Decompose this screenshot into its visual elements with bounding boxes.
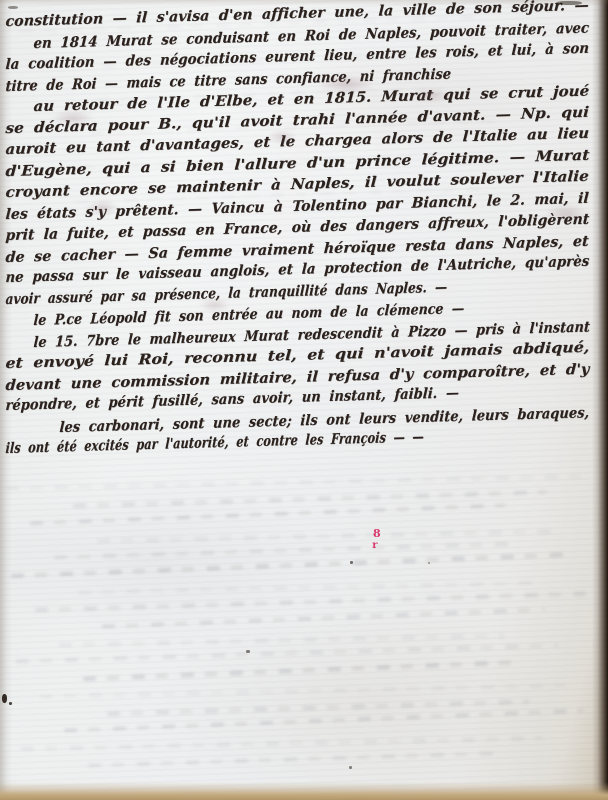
manuscript-text: constitution — il s'avisa d'en afficher … bbox=[0, 0, 608, 800]
red-ink-mark: 8 r bbox=[373, 529, 381, 551]
manuscript-page: constitution — il s'avisa d'en afficher … bbox=[0, 0, 608, 800]
red-ink-glyph-bottom: r bbox=[372, 541, 377, 551]
red-ink-glyph-top: 8 bbox=[373, 529, 381, 539]
